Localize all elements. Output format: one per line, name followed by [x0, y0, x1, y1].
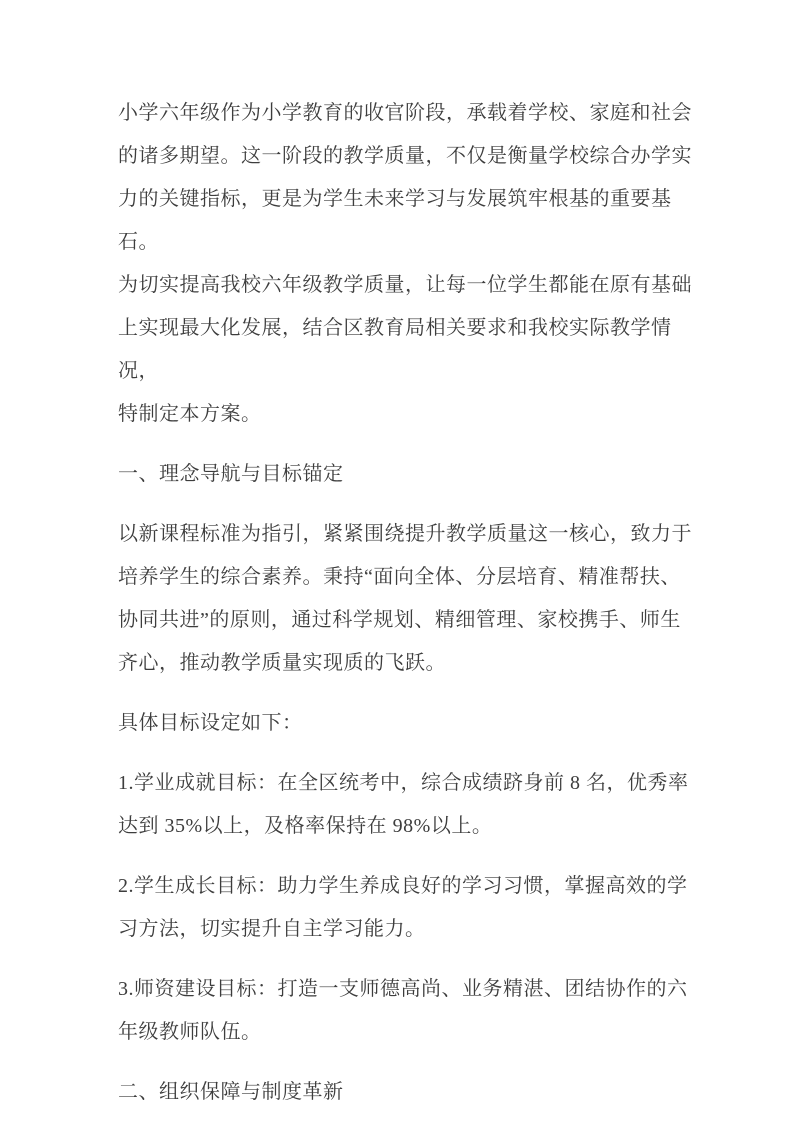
paragraph-goal-student-growth: 2.学生成长目标：助力学生养成良好的学习习惯，掌握高效的学 习方法，切实提升自主…	[118, 865, 693, 951]
paragraph-goal-academic: 1.学业成就目标：在全区统考中，综合成绩跻身前 8 名，优秀率 达到 35%以上…	[118, 762, 693, 848]
document-page: 小学六年级作为小学教育的收官阶段，承载着学校、家庭和社会 的诸多期望。这一阶段的…	[0, 0, 793, 1122]
paragraph-intro: 小学六年级作为小学教育的收官阶段，承载着学校、家庭和社会 的诸多期望。这一阶段的…	[118, 92, 693, 436]
section-heading-1: 一、理念导航与目标锚定	[118, 453, 693, 496]
paragraph-guiding-principles: 以新课程标准为指引，紧紧围绕提升教学质量这一核心，致力于 培养学生的综合素养。秉…	[118, 513, 693, 685]
paragraph-goal-faculty: 3.师资建设目标：打造一支师德高尚、业务精湛、团结协作的六 年级教师队伍。	[118, 968, 693, 1054]
section-heading-2: 二、组织保障与制度革新	[118, 1071, 693, 1114]
paragraph-goals-lead-in: 具体目标设定如下：	[118, 702, 693, 745]
document-body: 小学六年级作为小学教育的收官阶段，承载着学校、家庭和社会 的诸多期望。这一阶段的…	[118, 92, 693, 1114]
